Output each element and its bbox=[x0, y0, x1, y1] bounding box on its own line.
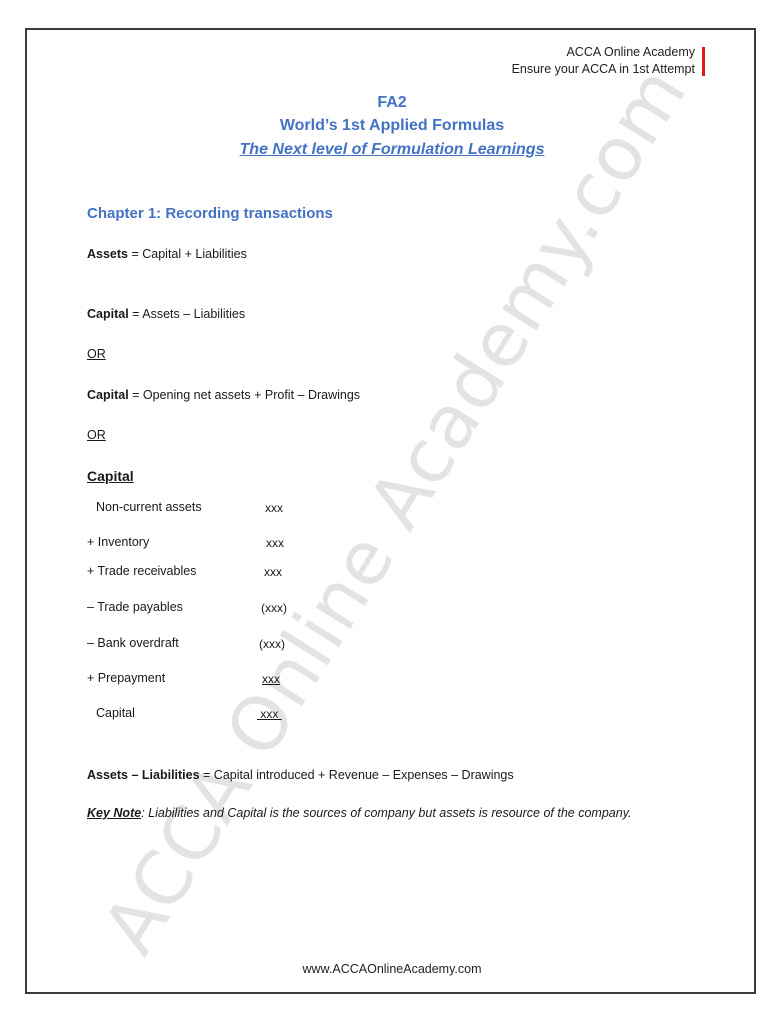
equation-term: Assets – Liabilities bbox=[87, 768, 200, 782]
table-row-label: + Inventory bbox=[87, 535, 149, 549]
formula-term: Assets bbox=[87, 247, 128, 261]
brand-slogan: Ensure your ACCA in 1st Attempt bbox=[512, 61, 695, 78]
table-row-label: Non-current assets bbox=[96, 500, 202, 514]
formula-rest: = Assets – Liabilities bbox=[129, 307, 245, 321]
formula-capital-2: Capital = Opening net assets + Profit – … bbox=[87, 388, 360, 402]
accounting-equation: Assets – Liabilities = Capital introduce… bbox=[87, 768, 514, 782]
formula-rest: = Opening net assets + Profit – Drawings bbox=[129, 388, 360, 402]
table-row-value: (xxx) bbox=[261, 601, 287, 615]
table-row-label: + Trade receivables bbox=[87, 564, 196, 578]
formula-assets: Assets = Capital + Liabilities bbox=[87, 247, 247, 261]
table-row-value: (xxx) bbox=[259, 637, 285, 651]
header-brand: ACCA Online Academy Ensure your ACCA in … bbox=[512, 44, 695, 78]
doc-code: FA2 bbox=[0, 94, 784, 112]
formula-capital-1: Capital = Assets – Liabilities bbox=[87, 307, 245, 321]
formula-term: Capital bbox=[87, 307, 129, 321]
brand-name: ACCA Online Academy bbox=[512, 44, 695, 61]
table-row-value: xxx bbox=[264, 565, 282, 579]
chapter-heading: Chapter 1: Recording transactions bbox=[87, 205, 333, 222]
table-row-value: xxx bbox=[265, 501, 283, 515]
table-row-label: – Trade payables bbox=[87, 600, 183, 614]
or-separator: OR bbox=[87, 347, 106, 361]
footer-website: www.ACCAOnlineAcademy.com bbox=[0, 962, 784, 976]
header-accent-bar bbox=[702, 47, 705, 76]
table-row-value: xxx bbox=[266, 536, 284, 550]
doc-title: World’s 1st Applied Formulas bbox=[0, 117, 784, 135]
formula-term: Capital bbox=[87, 388, 129, 402]
key-note-text: : Liabilities and Capital is the sources… bbox=[141, 806, 631, 820]
table-total-value: xxx bbox=[257, 707, 282, 721]
table-row-label: + Prepayment bbox=[87, 671, 165, 685]
or-separator: OR bbox=[87, 428, 106, 442]
equation-rest: = Capital introduced + Revenue – Expense… bbox=[200, 768, 514, 782]
key-note: Key Note: Liabilities and Capital is the… bbox=[87, 806, 631, 820]
table-row-label: Capital bbox=[96, 706, 135, 720]
formula-rest: = Capital + Liabilities bbox=[128, 247, 247, 261]
key-note-label: Key Note bbox=[87, 806, 141, 820]
table-row-label: – Bank overdraft bbox=[87, 636, 179, 650]
capital-table-heading: Capital bbox=[87, 468, 134, 484]
doc-tagline: The Next level of Formulation Learnings bbox=[0, 141, 784, 159]
table-row-value: xxx bbox=[262, 672, 280, 686]
